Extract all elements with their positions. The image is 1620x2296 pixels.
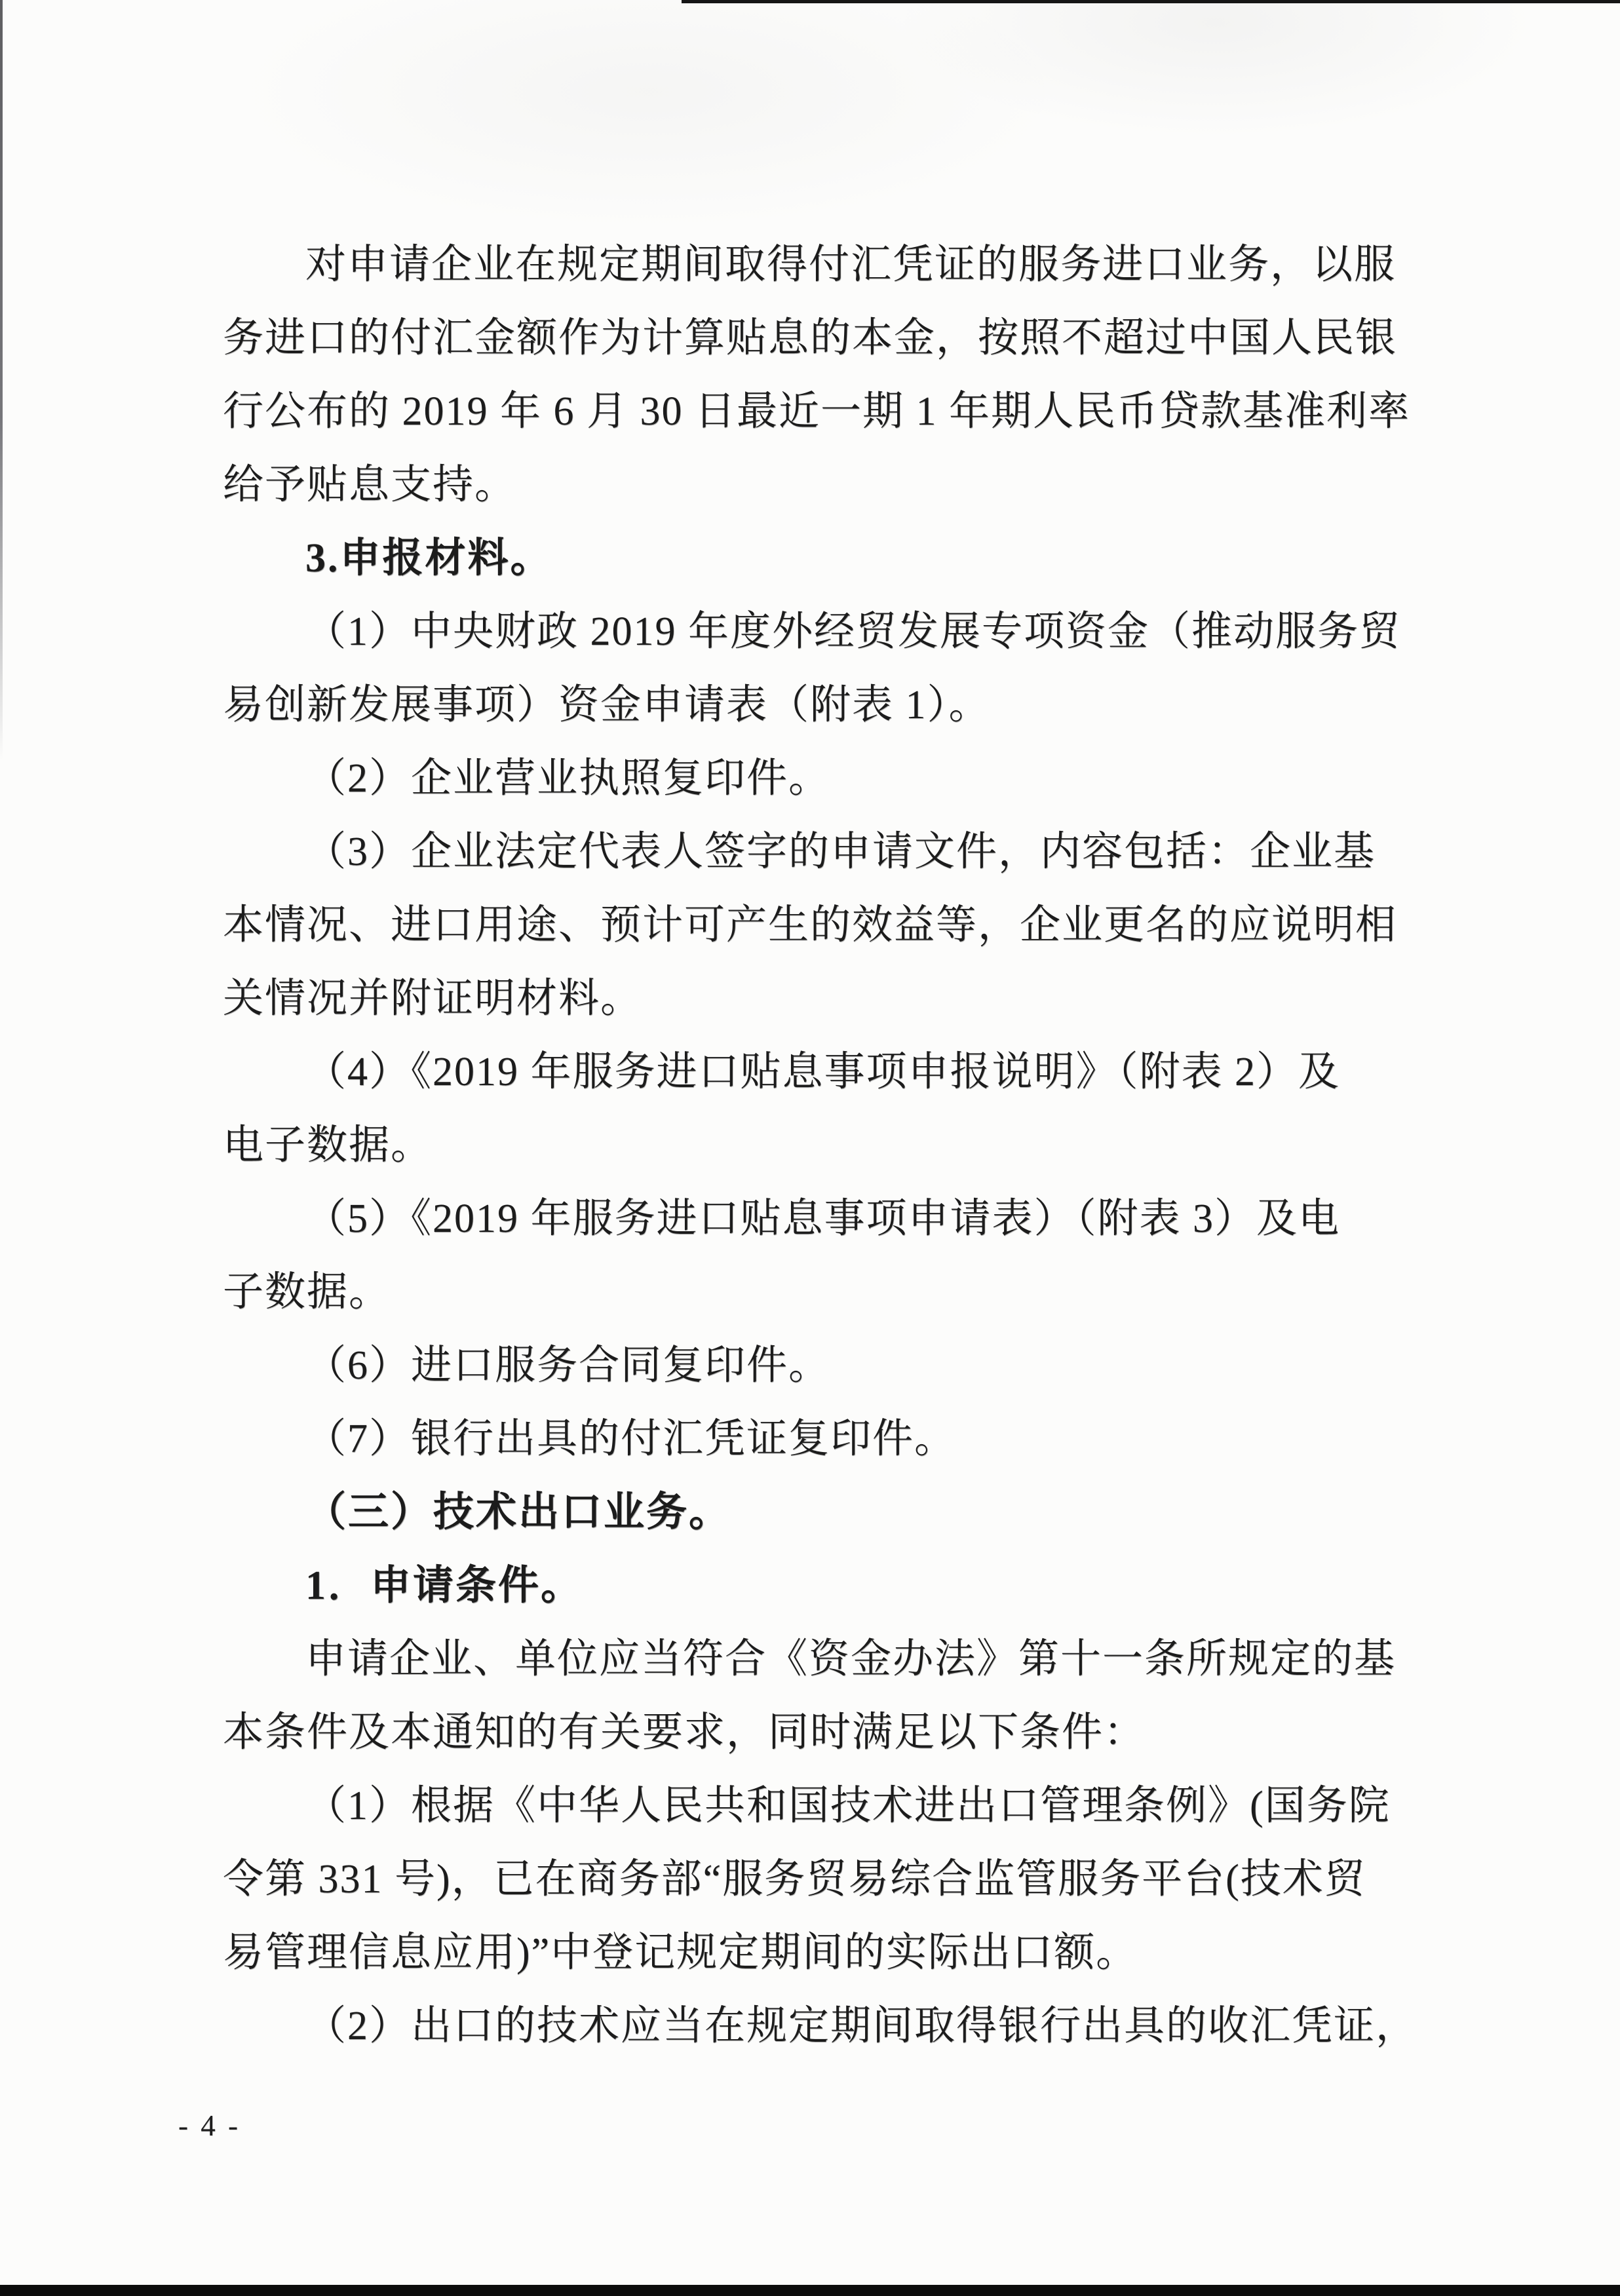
text-line: 子数据。 (223, 1255, 1412, 1329)
text-line: 易管理信息应用)”中登记规定期间的实际出口额。 (223, 1916, 1412, 1989)
text-line: 本情况、进口用途、预计可产生的效益等，企业更名的应说明相 (223, 889, 1412, 962)
text-line: （2）企业营业执照复印件。 (223, 742, 1412, 815)
text-line: 3.申报材料。 (223, 522, 1412, 595)
scan-edge-left-artifact (0, 0, 3, 760)
scan-edge-bottom-artifact (0, 2285, 1620, 2296)
text-line: （4）《2019 年服务进口贴息事项申报说明》（附表 2）及 (223, 1035, 1412, 1109)
scan-edge-top-artifact (682, 0, 1620, 3)
text-line: （1）中央财政 2019 年度外经贸发展专项资金（推动服务贸 (223, 595, 1412, 668)
text-line: （6）进口服务合同复印件。 (223, 1329, 1412, 1402)
text-line: 给予贴息支持。 (223, 448, 1412, 522)
text-line: （5）《2019 年服务进口贴息事项申请表）（附表 3）及电 (223, 1182, 1412, 1255)
text-line: 关情况并附证明材料。 (223, 962, 1412, 1035)
text-line: 电子数据。 (223, 1109, 1412, 1182)
scanned-document-page: 对申请企业在规定期间取得付汇凭证的服务进口业务，以服务进口的付汇金额作为计算贴息… (0, 0, 1620, 2296)
document-body: 对申请企业在规定期间取得付汇凭证的服务进口业务，以服务进口的付汇金额作为计算贴息… (223, 228, 1412, 2063)
text-line: 令第 331 号)，已在商务部“服务贸易综合监管服务平台(技术贸 (223, 1843, 1412, 1916)
text-line: 务进口的付汇金额作为计算贴息的本金，按照不超过中国人民银 (223, 301, 1412, 375)
text-line: （3）企业法定代表人签字的申请文件，内容包括：企业基 (223, 815, 1412, 889)
text-line: （7）银行出具的付汇凭证复印件。 (223, 1402, 1412, 1476)
text-line: （1）根据《中华人民共和国技术进出口管理条例》(国务院 (223, 1769, 1412, 1843)
page-number: - 4 - (178, 2109, 241, 2143)
text-line: 申请企业、单位应当符合《资金办法》第十一条所规定的基 (223, 1622, 1412, 1696)
text-line: 对申请企业在规定期间取得付汇凭证的服务进口业务，以服 (223, 228, 1412, 301)
text-line: 行公布的 2019 年 6 月 30 日最近一期 1 年期人民币贷款基准利率 (223, 375, 1412, 448)
text-line: 1．申请条件。 (223, 1549, 1412, 1622)
text-line: （2）出口的技术应当在规定期间取得银行出具的收汇凭证， (223, 1989, 1412, 2063)
text-line: 本条件及本通知的有关要求，同时满足以下条件： (223, 1696, 1412, 1769)
text-line: （三）技术出口业务。 (223, 1476, 1412, 1549)
text-line: 易创新发展事项）资金申请表（附表 1）。 (223, 668, 1412, 742)
